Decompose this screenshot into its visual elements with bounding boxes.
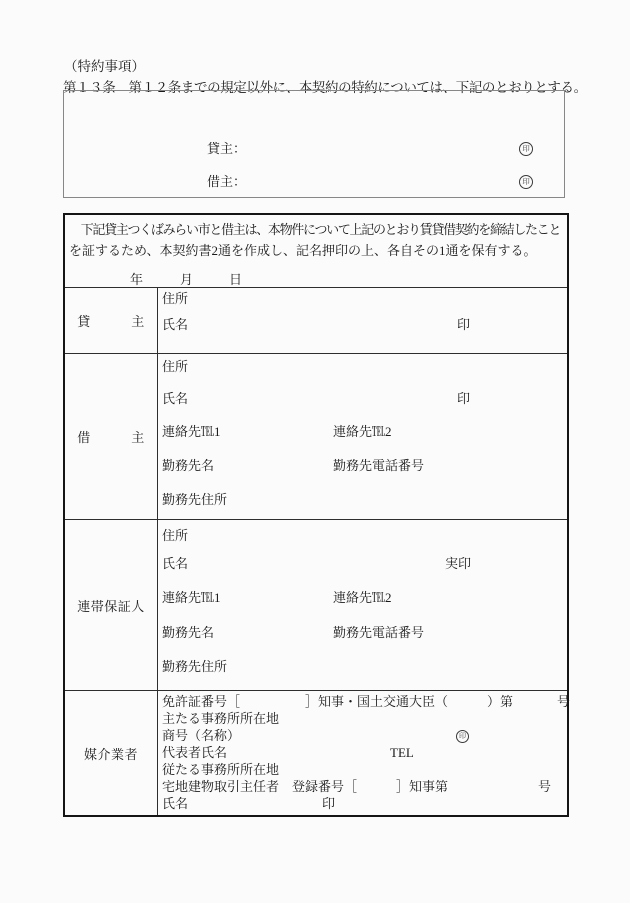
lessee-name-line: 氏名 印 (158, 392, 567, 406)
guarantor-name-line: 氏名 実印 (158, 557, 567, 571)
trade-name-seal-icon: 印 (456, 730, 469, 743)
lessee-employer-line: 勤務先名 勤務先電話番号 (158, 459, 567, 473)
lessor-seal-line: 貸主： 印 (207, 142, 246, 156)
lessee-address-line: 住所 (158, 360, 567, 374)
address-label: 住所 (162, 291, 188, 306)
broker-row-content: 免許証番号［ ］知事・国土交通大臣（ ）第 号 主たる事務所所在地 商号（名称）… (158, 691, 567, 815)
guarantor-employer-address-line: 勤務先住所 (158, 660, 567, 674)
contact2-label: 連絡先℡2 (333, 591, 392, 605)
lessor-seal-label: 印 (457, 318, 470, 332)
section-title: （特約事項） (64, 55, 145, 75)
guarantor-row-label: 連帯保証人 (65, 520, 158, 690)
guarantor-seal-label: 実印 (445, 557, 471, 571)
guarantor-employer-line: 勤務先名 勤務先電話番号 (158, 626, 567, 640)
name-label: 氏名 (162, 317, 188, 332)
lessor-row-content: 住所 氏名 印 (158, 288, 567, 353)
employer-tel-label: 勤務先電話番号 (333, 459, 424, 473)
row-broker: 媒介業者 免許証番号［ ］知事・国土交通大臣（ ）第 号 主たる事務所所在地 商… (65, 690, 567, 815)
representative-tel-label: TEL (390, 746, 414, 760)
guarantor-address-line: 住所 (158, 529, 567, 543)
broker-trade-name-line: 商号（名称） 印 (158, 729, 567, 743)
lessee-employer-address-line: 勤務先住所 (158, 493, 567, 507)
row-guarantor: 連帯保証人 住所 氏名 実印 連絡先℡1 連絡先℡2 勤務先名 勤務先電話番号 … (65, 519, 567, 690)
license-number-label: 免許証番号［ ］知事・国土交通大臣（ ）第 (162, 694, 513, 709)
employer-tel-label: 勤務先電話番号 (333, 626, 424, 640)
broker-agent-line: 宅地建物取引主任者 登録番号［ ］知事第 号 (158, 780, 567, 794)
agent-registration-suffix: 号 (538, 780, 551, 794)
broker-license-line: 免許証番号［ ］知事・国土交通大臣（ ）第 号 (158, 695, 567, 709)
lessee-label: 借主： (207, 174, 246, 189)
signature-table: 下記貸主つくばみらい市と借主は、本物件について上記のとおり賃貸借契約を締結したこ… (63, 213, 569, 817)
table-intro-cell: 下記貸主つくばみらい市と借主は、本物件について上記のとおり賃貸借契約を締結したこ… (65, 215, 567, 287)
agent-name-label: 氏名 (162, 796, 188, 811)
lessee-seal-label: 印 (457, 392, 470, 406)
address-label: 住所 (162, 359, 188, 374)
broker-main-office-line: 主たる事務所所在地 (158, 712, 567, 726)
contact1-label: 連絡先℡1 (162, 590, 221, 605)
broker-representative-line: 代表者氏名 TEL (158, 746, 567, 760)
license-number-suffix: 号 (557, 695, 570, 709)
lessee-seal-icon: 印 (519, 175, 533, 189)
contract-document-page: { "header": { "section_title": "（特約事項）",… (0, 0, 630, 903)
employer-label: 勤務先名 (162, 458, 214, 473)
broker-row-label: 媒介業者 (65, 691, 158, 815)
lessee-row-label: 借 主 (65, 354, 158, 519)
broker-agent-name-line: 氏名 印 (158, 797, 567, 811)
representative-label: 代表者氏名 (162, 745, 227, 760)
trade-name-label: 商号（名称） (162, 728, 240, 743)
main-office-label: 主たる事務所所在地 (162, 711, 279, 726)
row-lessee: 借 主 住所 氏名 印 連絡先℡1 連絡先℡2 勤務先名 勤務先電話番号 勤務先… (65, 353, 567, 519)
special-terms-seal-box: 貸主： 印 借主： 印 (63, 90, 565, 198)
lessee-row-content: 住所 氏名 印 連絡先℡1 連絡先℡2 勤務先名 勤務先電話番号 勤務先住所 (158, 354, 567, 519)
broker-branch-office-line: 従たる事務所所在地 (158, 763, 567, 777)
branch-office-label: 従たる事務所所在地 (162, 762, 279, 777)
guarantor-contact-line: 連絡先℡1 連絡先℡2 (158, 591, 567, 605)
name-label: 氏名 (162, 556, 188, 571)
date-year-label: 年 (130, 269, 143, 288)
agent-registration-label: 宅地建物取引主任者 登録番号［ ］知事第 (162, 779, 448, 794)
lessor-row-label: 貸 主 (65, 288, 158, 353)
agent-seal-label: 印 (322, 797, 335, 811)
date-day-label: 日 (229, 269, 242, 288)
contact1-label: 連絡先℡1 (162, 424, 221, 439)
address-label: 住所 (162, 528, 188, 543)
lessor-seal-icon: 印 (519, 142, 533, 156)
employer-address-label: 勤務先住所 (162, 492, 227, 507)
guarantor-row-content: 住所 氏名 実印 連絡先℡1 連絡先℡2 勤務先名 勤務先電話番号 勤務先住所 (158, 520, 567, 690)
intro-line-1: 下記貸主つくばみらい市と借主は、本物件について上記のとおり賃貸借契約を締結したこ… (69, 219, 560, 238)
employer-address-label: 勤務先住所 (162, 659, 227, 674)
name-label: 氏名 (162, 391, 188, 406)
intro-line-2: を証するため、本契約書2通を作成し、記名押印の上、各自その1通を保有する。 (69, 240, 536, 259)
lessee-contact-line: 連絡先℡1 連絡先℡2 (158, 425, 567, 439)
lessor-label: 貸主： (207, 141, 246, 156)
lessor-name-line: 氏名 印 (158, 318, 567, 332)
contact2-label: 連絡先℡2 (333, 425, 392, 439)
row-lessor: 貸 主 住所 氏名 印 (65, 287, 567, 353)
employer-label: 勤務先名 (162, 625, 214, 640)
lessor-address-line: 住所 (158, 292, 567, 306)
date-month-label: 月 (180, 269, 193, 288)
lessee-seal-line: 借主： 印 (207, 175, 246, 189)
